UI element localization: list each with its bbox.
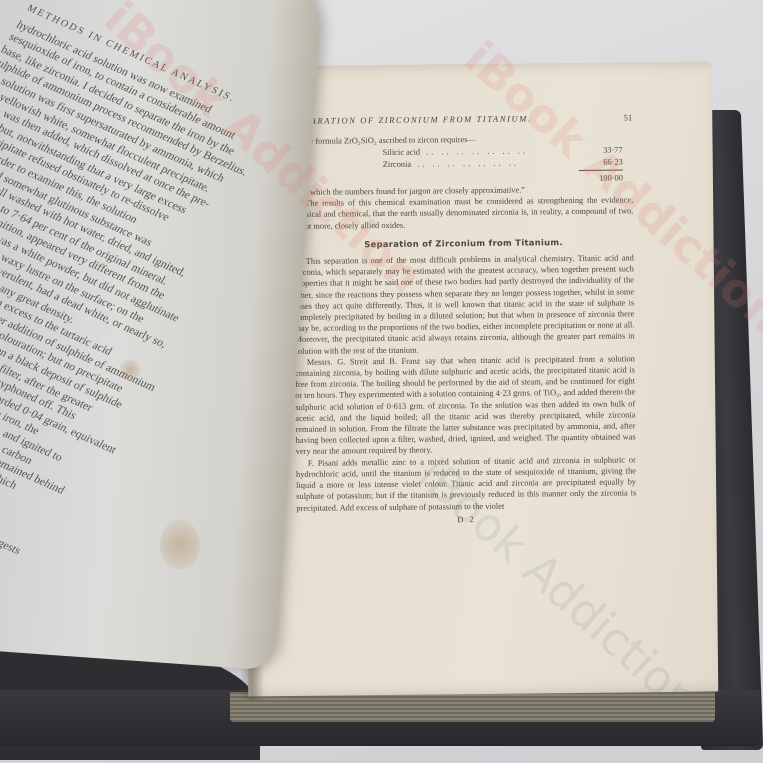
formula-value: 33·77 (603, 145, 623, 156)
formula-label: Silicic acid (383, 147, 421, 159)
left-page-text: Methods in Chemical Analysis. hydrochlor… (0, 2, 278, 681)
paper-stain (120, 360, 140, 380)
leader-dots: .. .. .. .. .. .. .. (417, 156, 597, 169)
running-head-title: Separation of Zirconium from Titanium. (292, 113, 531, 127)
paper-stain (160, 520, 200, 570)
left-page: Methods in Chemical Analysis. hydrochlor… (0, 0, 324, 671)
formula-total: 100·00 (579, 169, 623, 184)
paragraph: F. Pisani adds metallic zinc to a mixed … (296, 454, 637, 514)
paragraph: Messrs. G. Streit and B. Franz say that … (295, 353, 636, 457)
paragraph: The results of this chemical examination… (293, 195, 633, 232)
running-head: Separation of Zirconium from Titanium. 5… (292, 112, 632, 127)
page-number: 51 (624, 112, 633, 123)
formula-table: Silicic acid .. .. .. .. .. .. .. 33·77 … (383, 145, 623, 186)
book-photo: Separation of Zirconium from Titanium. 5… (0, 0, 763, 763)
right-page-text: Separation of Zirconium from Titanium. 5… (292, 112, 636, 526)
signature-mark: D 2 (296, 512, 636, 527)
section-heading: Separation of Zirconium from Titanium. (294, 236, 634, 251)
formula-value: 66·23 (603, 156, 623, 167)
page-block-edges (230, 692, 715, 722)
formula-label: Zirconia (383, 158, 411, 169)
right-page: Separation of Zirconium from Titanium. 5… (242, 62, 719, 697)
paragraph: This separation is one of the most diffi… (294, 252, 635, 356)
formula-row: Zirconia .. .. .. .. .. .. .. 66·23 (383, 156, 623, 170)
